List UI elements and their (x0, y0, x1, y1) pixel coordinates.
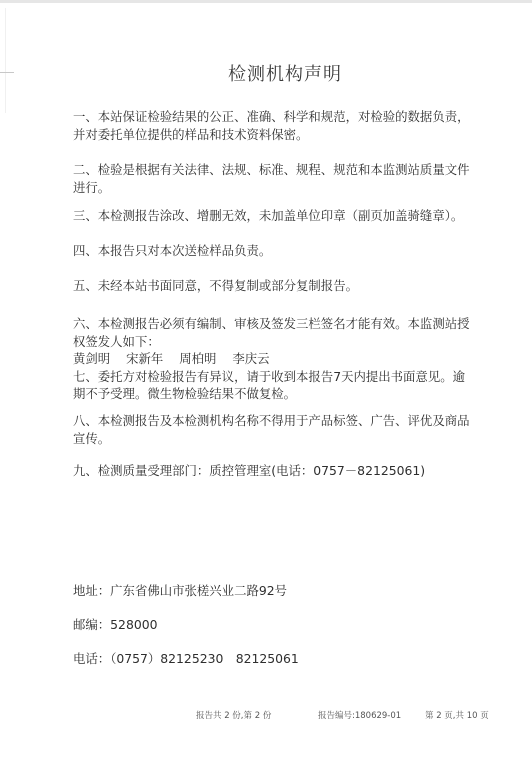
signatory-name: 黄剑明 (73, 350, 110, 368)
contact-postcode: 邮编：528000 (73, 616, 157, 633)
statement-6: 六、本检测报告必须有编制、审核及签发三栏签名才能有效。本监测站授 权签发人如下：… (73, 315, 438, 403)
contact-address: 地址：广东省佛山市张槎兴业二路92号 (73, 582, 287, 599)
statement-2-line-1: 二、检验是根据有关法律、法规、标准、规程、规范和本监测站质量文件 (73, 161, 438, 179)
statement-8-line-2: 宣传。 (73, 430, 438, 448)
statement-1-line-1: 一、本站保证检验结果的公正、准确、科学和规范，对检验的数据负责， (73, 108, 438, 126)
scan-edge-line (5, 8, 6, 113)
statement-6-line-1: 六、本检测报告必须有编制、审核及签发三栏签名才能有效。本监测站授 (73, 315, 438, 333)
signatory-name: 周柏明 (179, 350, 216, 368)
statement-8-line-1: 八、本检测报告及本检测机构名称不得用于产品标签、广告、评优及商品 (73, 412, 438, 430)
statement-1-line-2: 并对委托单位提供的样品和技术资料保密。 (73, 126, 438, 144)
statement-1: 一、本站保证检验结果的公正、准确、科学和规范，对检验的数据负责， 并对委托单位提… (73, 108, 438, 143)
statement-4-line-1: 四、本报告只对本次送检样品负责。 (73, 242, 438, 260)
signatory-name: 李庆云 (232, 350, 269, 368)
footer-page-number: 第 2 页,共 10 页 (425, 710, 489, 722)
contact-phone: 电话：（0757）82125230 82125061 (73, 650, 299, 667)
statement-3-line-1: 三、本检测报告涂改、增删无效，未加盖单位印章（副页加盖骑缝章）。 (73, 207, 438, 225)
page-title: 检测机构声明 (0, 63, 532, 87)
statement-7-line-1: 七、委托方对检验报告有异议，请于收到本报告7天内提出书面意见。逾 (73, 368, 438, 386)
statement-7-line-2: 期不予受理。微生物检验结果不做复检。 (73, 385, 438, 403)
statement-9-line-1: 九、检测质量受理部门：质控管理室(电话：0757－82125061) (73, 462, 438, 480)
signatory-name: 宋新年 (126, 350, 163, 368)
statement-2: 二、检验是根据有关法律、法规、标准、规程、规范和本监测站质量文件 进行。 (73, 161, 438, 196)
page-top-border (0, 0, 532, 3)
statement-9: 九、检测质量受理部门：质控管理室(电话：0757－82125061) (73, 462, 438, 480)
statement-8: 八、本检测报告及本检测机构名称不得用于产品标签、广告、评优及商品 宣传。 (73, 412, 438, 447)
statement-5: 五、未经本站书面同意，不得复制或部分复制报告。 (73, 277, 438, 295)
statement-6-line-2: 权签发人如下： (73, 333, 438, 351)
signatory-list: 黄剑明 宋新年 周柏明 李庆云 (73, 350, 438, 368)
statement-3: 三、本检测报告涂改、增删无效，未加盖单位印章（副页加盖骑缝章）。 (73, 207, 438, 225)
statement-4: 四、本报告只对本次送检样品负责。 (73, 242, 438, 260)
footer-report-number: 报告编号:180629-01 (318, 710, 401, 722)
footer-copies: 报告共 2 份,第 2 份 (196, 710, 271, 722)
statement-2-line-2: 进行。 (73, 179, 438, 197)
statement-5-line-1: 五、未经本站书面同意，不得复制或部分复制报告。 (73, 277, 438, 295)
